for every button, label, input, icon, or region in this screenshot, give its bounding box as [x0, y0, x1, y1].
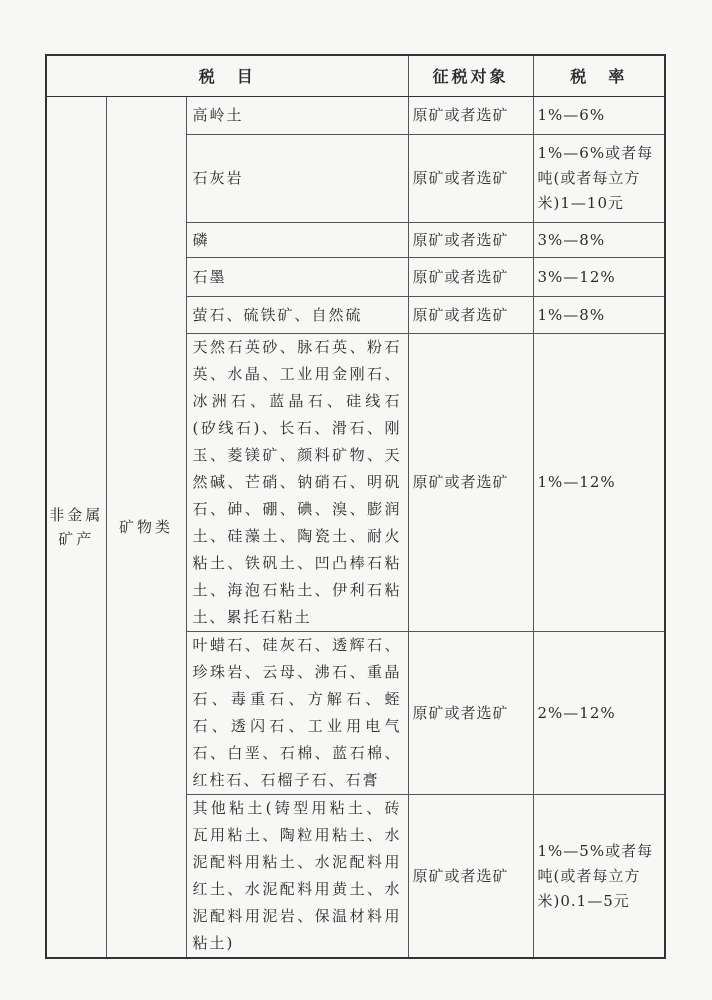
- table-row: 非金属矿产 矿物类 高岭土 原矿或者选矿 1%—6%: [46, 97, 665, 135]
- category-level1: 非金属矿产: [46, 97, 106, 959]
- tax-rate: 1%—12%: [533, 334, 665, 632]
- tax-item: 石墨: [186, 258, 408, 297]
- tax-item: 磷: [186, 223, 408, 258]
- tax-item: 其他粘土(铸型用粘土、砖瓦用粘土、陶粒用粘土、水泥配料用粘土、水泥配料用红土、水…: [186, 795, 408, 959]
- tax-object: 原矿或者选矿: [408, 223, 533, 258]
- tax-object: 原矿或者选矿: [408, 258, 533, 297]
- tax-object: 原矿或者选矿: [408, 795, 533, 959]
- header-tax-rate: 税 率: [533, 55, 665, 97]
- tax-rate: 3%—12%: [533, 258, 665, 297]
- tax-object: 原矿或者选矿: [408, 632, 533, 795]
- tax-rate: 1%—6%或者每吨(或者每立方米)1—10元: [533, 135, 665, 223]
- table-header-row: 税 目 征税对象 税 率: [46, 55, 665, 97]
- tax-rate: 1%—8%: [533, 297, 665, 334]
- tax-item: 天然石英砂、脉石英、粉石英、水晶、工业用金刚石、冰洲石、蓝晶石、硅线石(矽线石)…: [186, 334, 408, 632]
- tax-rate: 2%—12%: [533, 632, 665, 795]
- resource-tax-table: 税 目 征税对象 税 率 非金属矿产 矿物类 高岭土 原矿或者选矿 1%—6% …: [45, 54, 666, 959]
- tax-item: 叶蜡石、硅灰石、透辉石、珍珠岩、云母、沸石、重晶石、毒重石、方解石、蛭石、透闪石…: [186, 632, 408, 795]
- tax-object: 原矿或者选矿: [408, 297, 533, 334]
- tax-item: 石灰岩: [186, 135, 408, 223]
- tax-rate-table-page: 税 目 征税对象 税 率 非金属矿产 矿物类 高岭土 原矿或者选矿 1%—6% …: [45, 54, 664, 959]
- category-level2: 矿物类: [106, 97, 186, 959]
- tax-item: 萤石、硫铁矿、自然硫: [186, 297, 408, 334]
- tax-object: 原矿或者选矿: [408, 97, 533, 135]
- tax-item: 高岭土: [186, 97, 408, 135]
- header-tax-item: 税 目: [46, 55, 408, 97]
- header-tax-object: 征税对象: [408, 55, 533, 97]
- tax-object: 原矿或者选矿: [408, 334, 533, 632]
- tax-object: 原矿或者选矿: [408, 135, 533, 223]
- tax-rate: 1%—6%: [533, 97, 665, 135]
- tax-rate: 3%—8%: [533, 223, 665, 258]
- tax-rate: 1%—5%或者每吨(或者每立方米)0.1—5元: [533, 795, 665, 959]
